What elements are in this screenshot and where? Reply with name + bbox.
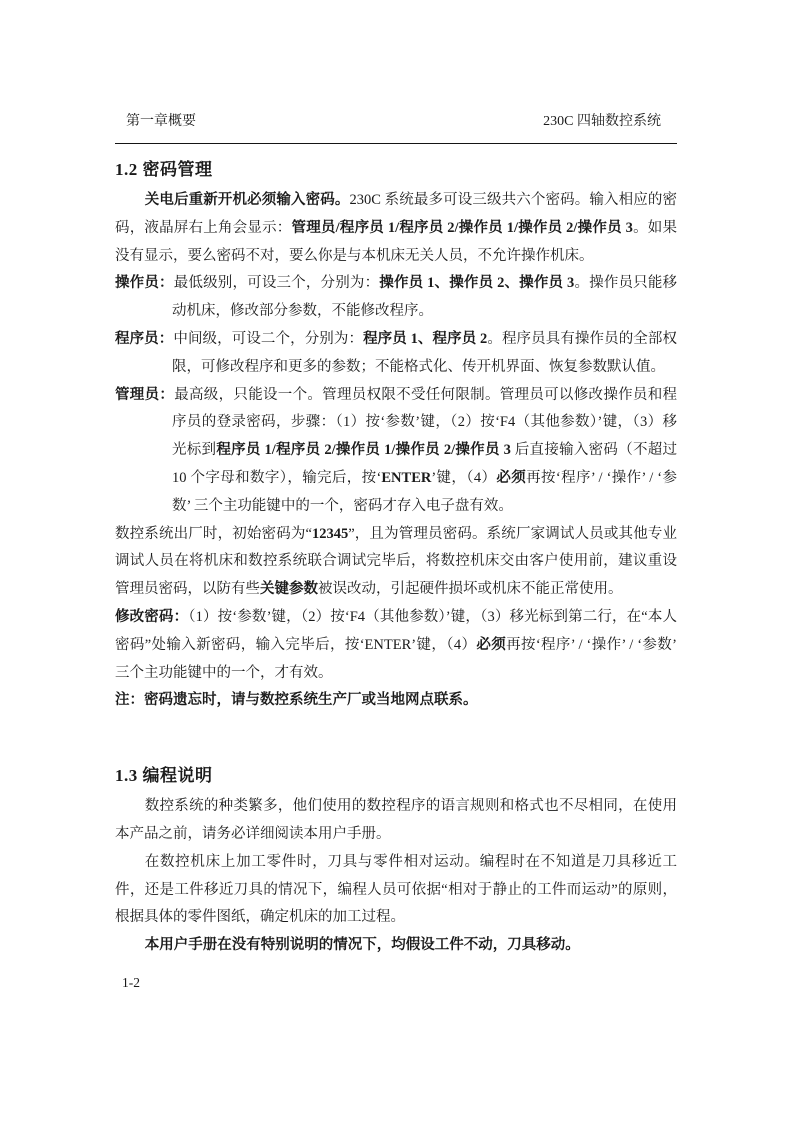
bold-text-run: 本用户手册在没有特别说明的情况下，均假设工件不动，刀具移动。 — [145, 937, 580, 953]
text-run: 被误改动，引起硬件损坏或机床不能正常使用。 — [318, 581, 623, 597]
text-run: 中间级，可设二个，分别为： — [173, 331, 363, 347]
power-on-password-paragraph: 关电后重新开机必须输入密码。230C 系统最多可设三级共六个密码。输入相应的密码… — [115, 187, 677, 270]
note-paragraph: 注：密码遗忘时，请与数控系统生产厂或当地网点联系。 — [115, 687, 677, 715]
page-number: 1-2 — [122, 975, 140, 990]
chapter-title: 第一章概要 — [126, 112, 196, 132]
admin-definition: 管理员：最高级，只能设一个。管理员权限不受任何限制。管理员可以修改操作员和程序员… — [115, 382, 677, 521]
relative-motion-paragraph: 在数控机床上加工零件时，刀具与零件相对运动。编程时在不知道是刀具移近工件，还是工… — [115, 849, 677, 932]
text-run: 数控系统出厂时，初始密码为“ — [115, 526, 312, 542]
programmer-definition: 程序员：中间级，可设二个，分别为：程序员 1、程序员 2。程序员具有操作员的全部… — [115, 326, 677, 382]
section-1-2: 1.2 密码管理关电后重新开机必须输入密码。230C 系统最多可设三级共六个密码… — [115, 155, 677, 715]
document-page: 第一章概要 230C 四轴数控系统 1.2 密码管理关电后重新开机必须输入密码。… — [0, 0, 793, 1122]
bold-text-run: 操作员： — [115, 275, 174, 291]
bold-text-run: 操作员 1、操作员 2、操作员 3 — [379, 275, 574, 291]
bold-text-run: 修改密码： — [115, 609, 188, 625]
product-name: 230C 四轴数控系统 — [543, 112, 661, 132]
page-footer: 1-2 — [115, 975, 677, 991]
bold-text-run: 管理员/程序员 1/程序员 2/操作员 1/操作员 2/操作员 3 — [292, 220, 633, 236]
section-title-1-2: 1.2 密码管理 — [115, 155, 677, 180]
bold-text-run: 必须 — [496, 470, 526, 486]
running-header: 第一章概要 230C 四轴数控系统 — [115, 112, 677, 144]
section-title-1-3: 1.3 编程说明 — [115, 761, 677, 786]
change-password-paragraph: 修改密码：（1）按‘参数’键，（2）按‘F4（其他参数）’键，（3）移光标到第二… — [115, 604, 677, 687]
text-run: 数控系统的种类繁多，他们使用的数控程序的语言规则和格式也不尽相同，在使用本产品之… — [115, 798, 677, 842]
section-1-3: 1.3 编程说明数控系统的种类繁多，他们使用的数控程序的语言规则和格式也不尽相同… — [115, 761, 677, 960]
bold-text-run: 关电后重新开机必须输入密码。 — [145, 192, 350, 208]
bold-text-run: 必须 — [476, 637, 506, 653]
bold-text-run: 管理员： — [115, 387, 174, 403]
operator-definition: 操作员：最低级别，可设三个，分别为：操作员 1、操作员 2、操作员 3。操作员只… — [115, 270, 677, 326]
bold-text-run: 程序员 1、程序员 2 — [363, 331, 487, 347]
factory-password-paragraph: 数控系统出厂时，初始密码为“12345”，且为管理员密码。系统厂家调试人员或其他… — [115, 521, 677, 604]
page-content: 第一章概要 230C 四轴数控系统 1.2 密码管理关电后重新开机必须输入密码。… — [115, 112, 677, 991]
document-body: 1.2 密码管理关电后重新开机必须输入密码。230C 系统最多可设三级共六个密码… — [115, 155, 677, 960]
bold-text-run: 注：密码遗忘时，请与数控系统生产厂或当地网点联系。 — [115, 692, 478, 708]
bold-text-run: ENTER — [381, 470, 431, 486]
assumption-paragraph: 本用户手册在没有特别说明的情况下，均假设工件不动，刀具移动。 — [115, 932, 677, 960]
bold-text-run: 程序员： — [115, 331, 173, 347]
text-run: 最低级别，可设三个，分别为： — [174, 275, 380, 291]
bold-text-run: 程序员 1/程序员 2/操作员 1/操作员 2/操作员 3 — [216, 442, 514, 458]
bold-text-run: 12345 — [312, 526, 348, 542]
text-run: 在数控机床上加工零件时，刀具与零件相对运动。编程时在不知道是刀具移近工件，还是工… — [115, 854, 677, 926]
bold-text-run: 关键参数 — [260, 581, 318, 597]
text-run: ’键，（4） — [431, 470, 496, 486]
programming-intro-paragraph: 数控系统的种类繁多，他们使用的数控程序的语言规则和格式也不尽相同，在使用本产品之… — [115, 793, 677, 849]
